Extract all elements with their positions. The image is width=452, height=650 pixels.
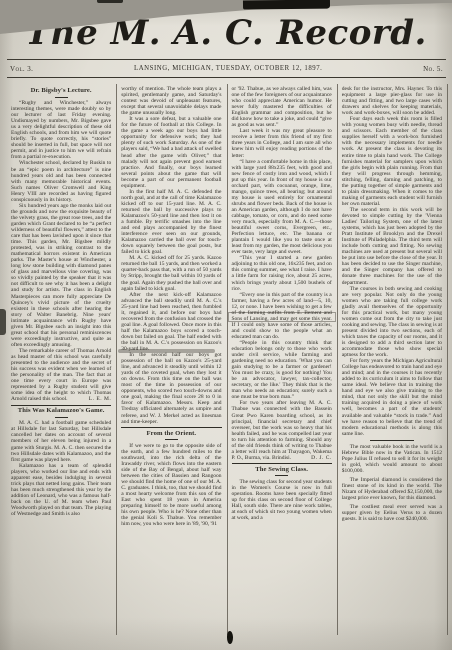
paragraph: desk for the instructor, Mrs. Hayner. To…	[342, 86, 442, 116]
paragraph: “I have a comfortable home in this place…	[232, 159, 332, 256]
article-heading: This Was Kalamazoo's Game.	[11, 407, 111, 415]
paragraph: The costliest meal ever served was a sup…	[342, 504, 442, 522]
paragraph: Four days each week this room is filled …	[342, 116, 442, 207]
paragraph: The second term in this work will be dev…	[342, 207, 442, 286]
article-heading: From the Orient.	[121, 430, 221, 438]
paragraph: M. A. C. kicked off for 25 yards. Kazoo …	[121, 255, 221, 291]
divider-rule	[165, 439, 178, 440]
signature: L. E. M.	[77, 396, 112, 402]
paragraph: The courses in both sewing and cooking a…	[342, 286, 442, 359]
masthead-title: The M. A. C. Record.	[0, 16, 452, 50]
newspaper-column-3: or '92. Thabue, as we always called him,…	[228, 84, 338, 635]
divider-rule	[55, 417, 68, 418]
paragraph: After the next kick-off Kalamazoo advanc…	[121, 292, 221, 352]
paragraph: “People in this country think that educa…	[232, 340, 332, 400]
paragraph: “Rugby and Winchester,” always interesti…	[11, 100, 111, 160]
paragraph: The sewing class for second year student…	[232, 479, 332, 521]
issue-date: LANSING, MICHIGAN, TUESDAY, OCTOBER 12, …	[134, 65, 322, 72]
divider-rule	[232, 463, 332, 464]
article-heading: The Sewing Class.	[232, 466, 332, 474]
paragraph: The remarkable career of Thomas Arnold a…	[11, 348, 111, 402]
signature: D. J. C.	[299, 455, 332, 461]
divider-rule	[11, 405, 111, 406]
article-heading: Dr. Bigsby's Lecture.	[11, 87, 111, 95]
newspaper-column-1: Dr. Bigsby's Lecture.“Rugby and Winchest…	[7, 84, 117, 635]
divider-rule	[370, 440, 414, 441]
paragraph: Kalamazoo has a team of splendid players…	[11, 463, 111, 517]
dateline: Vol. 3. LANSING, MICHIGAN, TUESDAY, OCTO…	[7, 59, 446, 78]
paragraph: M. A. C. had a football game scheduled a…	[11, 420, 111, 462]
divider-rule	[55, 97, 68, 98]
paragraph: The Imperial diamond is considered the f…	[342, 477, 442, 501]
paragraph: or '92. Thabue, as we always called him,…	[232, 86, 332, 128]
paper-sheet: The M. A. C. Record. Vol. 3. LANSING, MI…	[0, 0, 452, 650]
volume-label: Vol. 3.	[7, 65, 36, 73]
paragraph: In the second half our boys got possessi…	[121, 352, 221, 425]
article-columns: Dr. Bigsby's Lecture.“Rugby and Winchest…	[7, 84, 448, 635]
paragraph: worthy of mention. The whole team plays …	[121, 86, 221, 116]
masthead: The M. A. C. Record.	[0, 0, 452, 50]
paragraph: Six hundred years ago the monks laid out…	[11, 203, 111, 348]
newspaper-column-2: worthy of mention. The whole team plays …	[117, 84, 227, 635]
paragraph: “Every one in this part of the country i…	[232, 292, 332, 340]
paragraph: In the first half M. A. C. defended the …	[121, 189, 221, 256]
paragraph: For two years after leaving M. A. C. Tha…	[232, 400, 332, 460]
paragraph: The most valuable book in the world is a…	[342, 444, 442, 474]
divider-rule	[275, 475, 288, 476]
paragraph: Winchester school, declared by Ruskin to…	[11, 160, 111, 202]
divider-rule	[121, 427, 221, 428]
issue-number: No. 5.	[420, 65, 446, 73]
newspaper-column-4: desk for the instructor, Mrs. Hayner. To…	[338, 84, 448, 635]
paragraph: “This year I started a new garden adjoin…	[232, 255, 332, 291]
newspaper-page: The M. A. C. Record. Vol. 3. LANSING, MI…	[0, 0, 452, 650]
scan-artifact-tick	[97, 0, 123, 3]
paragraph: For forty years the Michigan Agricultura…	[342, 358, 442, 437]
paragraph: If we were to go to the opposite side of…	[121, 443, 221, 528]
paragraph: It was a sore defeat, but a valuable one…	[121, 116, 221, 189]
paragraph: Last week it was my great pleasure to re…	[232, 128, 332, 158]
